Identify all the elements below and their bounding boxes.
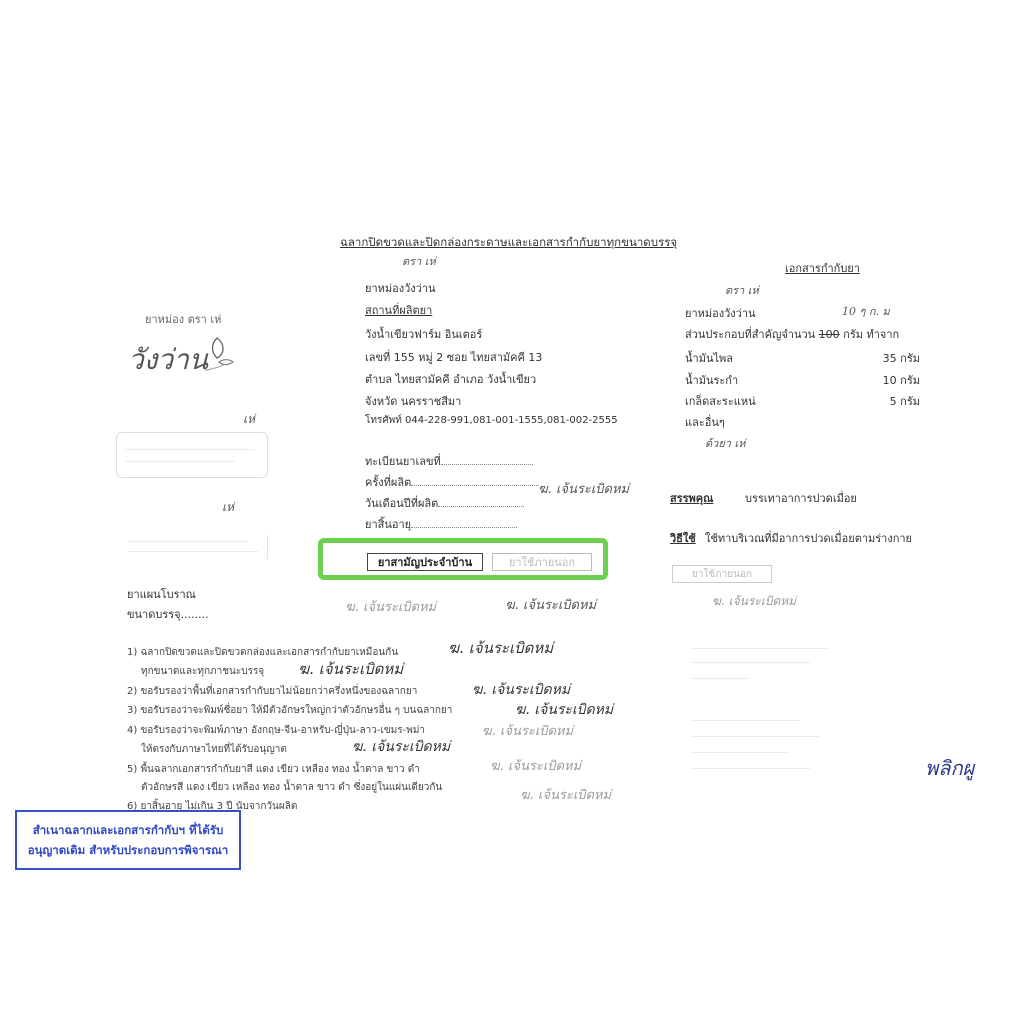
condition-item: 3) ขอรับรองว่าจะพิมพ์ชื่อยา ให้มีตัวอักษ… bbox=[127, 703, 452, 718]
field-value bbox=[441, 454, 533, 465]
address-line: เลขที่ 155 หมู่ 2 ซอย ไทยสามัคคี 13 bbox=[365, 348, 542, 366]
ingredient-name: น้ำมันไพล bbox=[685, 349, 733, 367]
handwritten-signature: ฆ. เจ้นระเบิดหม่ bbox=[352, 736, 450, 758]
composition-intro: ส่วนประกอบที่สำคัญจำนวน bbox=[685, 328, 815, 341]
field-label: วันเดือนปีที่ผลิต bbox=[365, 497, 438, 510]
condition-text: พื้นฉลากเอกสารกำกับยาสี แดง เขียว เหลือง… bbox=[140, 764, 419, 775]
condition-text: ขอรับรองว่าจะพิมพ์ชื่อยา ให้มีตัวอักษรให… bbox=[140, 705, 452, 716]
handwritten-mark: เห่ bbox=[222, 498, 234, 517]
handwritten-signature: ฆ. เจ้นระเบิดหม่ bbox=[448, 636, 553, 660]
batch-field: ครั้งที่ผลิต bbox=[365, 473, 539, 491]
package-size-label: ขนาดบรรจุ........ bbox=[127, 608, 209, 622]
handwritten-signature: ฆ. เจ้นระเบิดหม่ bbox=[712, 592, 796, 611]
condition-number: 1) bbox=[127, 647, 137, 658]
condition-number: 2) bbox=[127, 686, 137, 697]
handwritten-signature: ฆ. เจ้นระเบิดหม่ bbox=[505, 594, 596, 615]
ingredient-name: และอื่นๆ bbox=[685, 413, 725, 431]
ingredient-qty: 35 กรัม bbox=[855, 349, 920, 367]
handwritten-signature: ฆ. เจ้นระเบิดหม่ bbox=[520, 784, 611, 805]
condition-item: 5) พื้นฉลากเอกสารกำกับยาสี แดง เขียว เหล… bbox=[127, 762, 420, 777]
usage-text: ใช้ทาบริเวณที่มีอาการปวดเมื่อยตามร่างกาย bbox=[705, 532, 912, 546]
indication-text: บรรเทาอาการปวดเมื่อย bbox=[745, 492, 857, 506]
field-value bbox=[411, 475, 539, 486]
field-label: ทะเบียนยาเลขที่ bbox=[365, 455, 441, 468]
field-label: ยาสิ้นอายุ bbox=[365, 518, 411, 531]
composition-line: ส่วนประกอบที่สำคัญจำนวน 100 กรัม ทำจาก bbox=[685, 325, 899, 343]
faded-text-block bbox=[680, 640, 850, 780]
address-line: วังน้ำเขียวฟาร์ม อินเตอร์ bbox=[365, 325, 482, 343]
condition-number: 3) bbox=[127, 705, 137, 716]
faded-label-box bbox=[116, 432, 268, 478]
address-line: ตำบล ไทยสามัคคี อำเภอ วังน้ำเขียว bbox=[365, 370, 536, 388]
phone-line: โทรศัพท์ 044-228-991,081-001-1555,081-00… bbox=[365, 413, 618, 428]
composition-amount: 100 bbox=[819, 328, 840, 341]
traditional-medicine-label: ยาแผนโบราณ bbox=[127, 588, 196, 602]
document-title: ฉลากปิดขวดและปิดกล่องกระดาษและเอกสารกำกั… bbox=[340, 234, 677, 252]
field-label: ครั้งที่ผลิต bbox=[365, 476, 411, 489]
handwritten-note: ด้วยา เห่ bbox=[705, 434, 745, 452]
approver-signature: พลิกผู bbox=[925, 752, 974, 784]
registration-field: ทะเบียนยาเลขที่ bbox=[365, 452, 533, 470]
stamp-line: สำเนาฉลากและเอกสารกำกับฯ ที่ได้รับ bbox=[17, 820, 239, 840]
approval-stamp: สำเนาฉลากและเอกสารกำกับฯ ที่ได้รับ อนุญา… bbox=[15, 810, 241, 870]
condition-number: 5) bbox=[127, 764, 137, 775]
handwritten-number: 10 ๆ ก. ม bbox=[842, 302, 890, 320]
ingredient-name: เกล็ดสะระแหน่ bbox=[685, 392, 756, 410]
left-brand-label: ยาหม่อง ตรา เห่ bbox=[145, 310, 221, 328]
leaflet-heading: เอกสารกำกับยา bbox=[785, 262, 860, 276]
ingredient-qty: 10 กรัม bbox=[855, 371, 920, 389]
usage-label: วิธีใช้ bbox=[670, 532, 696, 546]
condition-text: ทุกขนาดและทุกภาชนะบรรจุ bbox=[141, 664, 264, 679]
condition-text: ให้ตรงกับภาษาไทยที่ได้รับอนุญาต bbox=[141, 742, 287, 757]
condition-number: 4) bbox=[127, 725, 137, 736]
handwritten-signature: ฆ. เจ้นระเบิดหม่ bbox=[345, 596, 436, 617]
manufacturer-heading: สถานที่ผลิตยา bbox=[365, 301, 432, 319]
condition-text: ตัวอักษรสี แดง เขียว เหลือง ทอง น้ำตาล ข… bbox=[141, 780, 442, 795]
condition-item: 2) ขอรับรองว่าพื้นที่เอกสารกำกับยาไม่น้อ… bbox=[127, 684, 417, 699]
composition-unit: กรัม ทำจาก bbox=[843, 328, 899, 341]
leaflet-product-name: ยาหม่องวังว่าน bbox=[685, 304, 756, 322]
field-value bbox=[438, 496, 524, 507]
condition-text: ขอรับรองว่าจะพิมพ์ภาษา อังกฤษ-จีน-อาหรับ… bbox=[140, 725, 425, 736]
field-value bbox=[411, 517, 517, 528]
ingredient-qty: 5 กรัม bbox=[855, 392, 920, 410]
external-use-option[interactable]: ยาใช้ภายนอก bbox=[492, 553, 592, 571]
ingredient-name: น้ำมันระกำ bbox=[685, 371, 738, 389]
address-line: จังหวัด นครราชสีมา bbox=[365, 392, 461, 410]
expiry-field: ยาสิ้นอายุ bbox=[365, 515, 517, 533]
external-use-badge: ยาใช้ภายนอก bbox=[672, 565, 772, 583]
stamp-line: อนุญาตเดิม สำหรับประกอบการพิจารณา bbox=[17, 840, 239, 860]
indication-label: สรรพคุณ bbox=[670, 492, 713, 506]
handwritten-signature: ฆ. เจ้นระเบิดหม่ bbox=[298, 657, 403, 681]
handwritten-brand-note: ตรา เห่ bbox=[725, 281, 759, 299]
handwritten-mark: เห่ bbox=[243, 410, 255, 429]
handwritten-signature: ฆ. เจ้นระเบิดหม่ bbox=[490, 755, 581, 776]
household-remedy-option[interactable]: ยาสามัญประจำบ้าน bbox=[367, 553, 483, 571]
handwritten-signature: ฆ. เจ้นระเบิดหม่ bbox=[538, 478, 629, 499]
handwritten-brand-note: ตรา เห่ bbox=[402, 252, 436, 270]
handwritten-signature: ฆ. เจ้นระเบิดหม่ bbox=[472, 679, 570, 701]
product-name: ยาหม่องวังว่าน bbox=[365, 279, 436, 297]
faded-label-fragment bbox=[120, 535, 268, 559]
handwritten-signature: ฆ. เจ้นระเบิดหม่ bbox=[515, 699, 613, 721]
brand-logo: วังว่าน bbox=[128, 338, 208, 382]
manufacture-date-field: วันเดือนปีที่ผลิต bbox=[365, 494, 524, 512]
leaf-icon bbox=[205, 334, 235, 374]
handwritten-signature: ฆ. เจ้นระเบิดหม่ bbox=[482, 720, 573, 741]
condition-text: ขอรับรองว่าพื้นที่เอกสารกำกับยาไม่น้อยกว… bbox=[140, 686, 417, 697]
